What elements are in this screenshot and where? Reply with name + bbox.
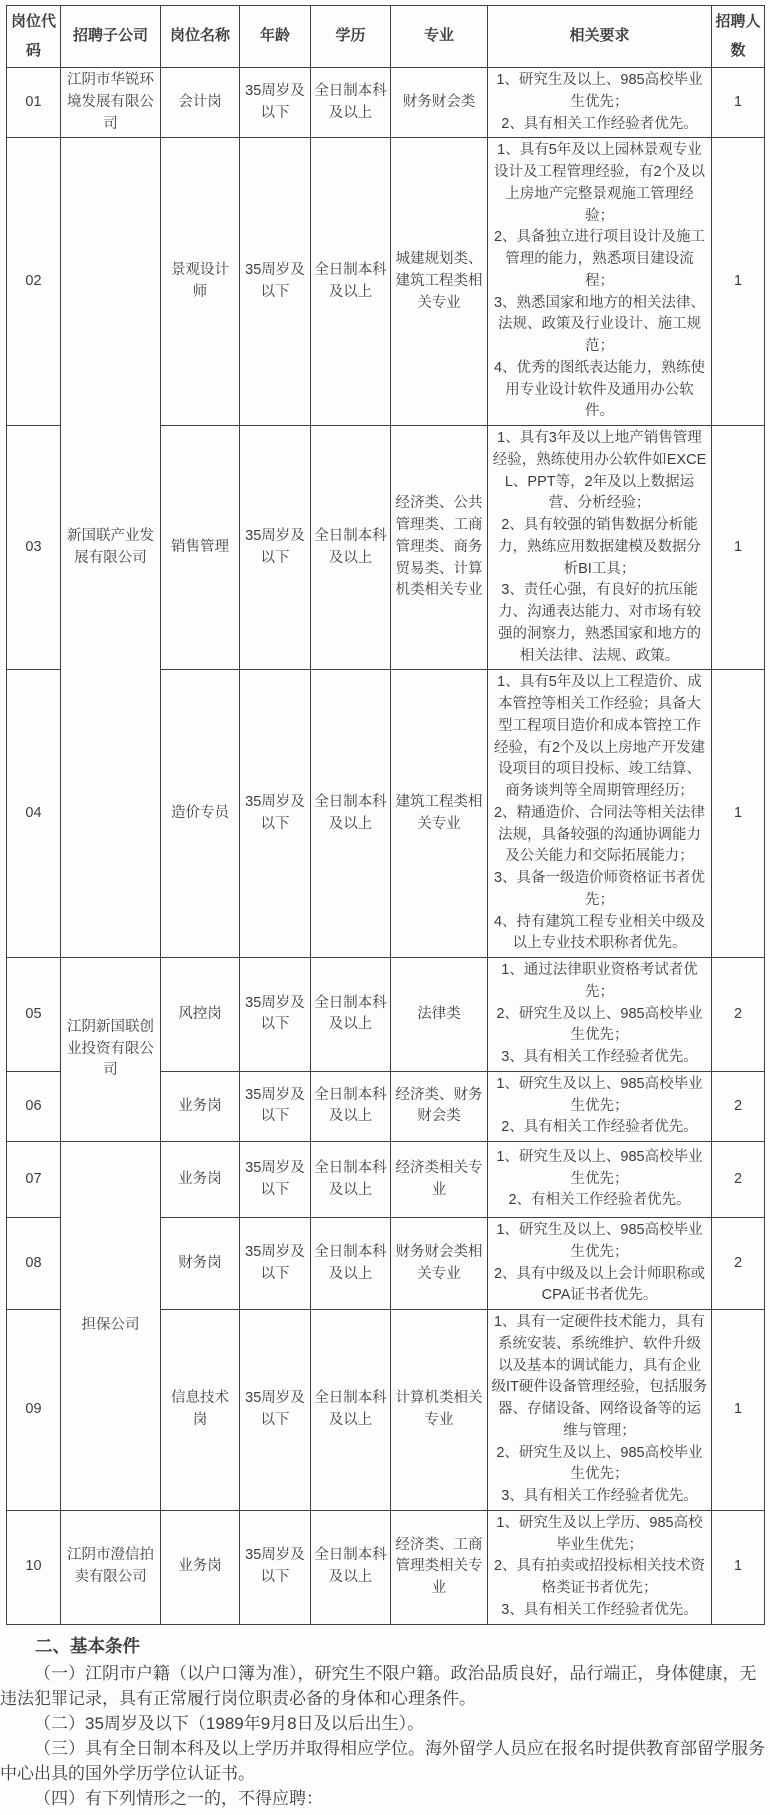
- cell-requirements: 1、具有5年及以上工程造价、成本管控等相关工作经验；具备大型工程项目造价和成本管…: [488, 670, 712, 958]
- note-paragraph-4: （四）有下列情形之一的，不得应聘：: [0, 1786, 770, 1811]
- cell-requirements: 1、研究生及以上、985高校毕业生优先； 2、有相关工作经验者优先。: [488, 1142, 712, 1218]
- cell-company: 担保公司: [61, 1142, 161, 1511]
- cell-education: 全日制本科及以上: [311, 958, 391, 1072]
- cell-major: 财务财会类: [391, 68, 488, 138]
- table-row: 05 江阴新国联创业投资有限公司 风控岗 35周岁及以下 全日制本科及以上 法律…: [7, 958, 765, 1072]
- recruitment-notice-page: 岗位代码 招聘子公司 岗位名称 年龄 学历 专业 相关要求 招聘人数 01 江阴…: [0, 0, 770, 1815]
- cell-title: 销售管理: [161, 426, 240, 670]
- cell-title: 业务岗: [161, 1071, 240, 1141]
- cell-major: 建筑工程类相关专业: [391, 670, 488, 958]
- col-header-education: 学历: [311, 6, 391, 68]
- table-header-row: 岗位代码 招聘子公司 岗位名称 年龄 学历 专业 相关要求 招聘人数: [7, 6, 765, 68]
- cell-major: 城建规划类、建筑工程类相关专业: [391, 138, 488, 426]
- cell-age: 35周岁及以下: [240, 138, 311, 426]
- cell-education: 全日制本科及以上: [311, 426, 391, 670]
- cell-code: 06: [7, 1071, 61, 1141]
- cell-title: 信息技术岗: [161, 1310, 240, 1511]
- cell-count: 2: [712, 958, 765, 1072]
- cell-code: 03: [7, 426, 61, 670]
- cell-requirements: 1、研究生及以上、985高校毕业生优先； 2、具有中级及以上会计师职称或CPA证…: [488, 1218, 712, 1310]
- col-header-count: 招聘人数: [712, 6, 765, 68]
- col-header-age: 年龄: [240, 6, 311, 68]
- position-table: 岗位代码 招聘子公司 岗位名称 年龄 学历 专业 相关要求 招聘人数 01 江阴…: [6, 5, 765, 1625]
- cell-count: 2: [712, 1218, 765, 1310]
- cell-count: 2: [712, 1071, 765, 1141]
- cell-code: 07: [7, 1142, 61, 1218]
- cell-major: 经济类、公共管理类、工商管理类、商务贸易类、计算机类相关专业: [391, 426, 488, 670]
- cell-code: 05: [7, 958, 61, 1072]
- cell-count: 1: [712, 670, 765, 958]
- cell-requirements: 1、研究生及以上、985高校毕业生优先； 2、具有相关工作经验者优先。: [488, 1071, 712, 1141]
- col-header-major: 专业: [391, 6, 488, 68]
- table-row: 01 江阴市华锐环境发展有限公司 会计岗 35周岁及以下 全日制本科及以上 财务…: [7, 68, 765, 138]
- cell-age: 35周岁及以下: [240, 670, 311, 958]
- cell-code: 09: [7, 1310, 61, 1511]
- cell-code: 02: [7, 138, 61, 426]
- cell-company: 新国联产业发展有限公司: [61, 138, 161, 958]
- col-header-title: 岗位名称: [161, 6, 240, 68]
- cell-requirements: 1、研究生及以上学历、985高校毕业生优先； 2、具有拍卖或招投标相关技术资格类…: [488, 1510, 712, 1624]
- cell-age: 35周岁及以下: [240, 1310, 311, 1511]
- cell-count: 1: [712, 68, 765, 138]
- table-row: 07 担保公司 业务岗 35周岁及以下 全日制本科及以上 经济类相关专业 1、研…: [7, 1142, 765, 1218]
- cell-company: 江阴市澄信拍卖有限公司: [61, 1510, 161, 1624]
- cell-major: 经济类、工商管理类相关专业: [391, 1510, 488, 1624]
- table-row: 10 江阴市澄信拍卖有限公司 业务岗 35周岁及以下 全日制本科及以上 经济类、…: [7, 1510, 765, 1624]
- cell-title: 造价专员: [161, 670, 240, 958]
- cell-code: 04: [7, 670, 61, 958]
- note-paragraph-1: （一）江阴市户籍（以户口簿为准），研究生不限户籍。政治品质良好，品行端正，身体健…: [0, 1661, 770, 1711]
- cell-education: 全日制本科及以上: [311, 68, 391, 138]
- cell-age: 35周岁及以下: [240, 958, 311, 1072]
- cell-education: 全日制本科及以上: [311, 1071, 391, 1141]
- cell-requirements: 1、具有3年及以上地产销售管理经验，熟练使用办公软件如EXCEL、PPT等，2年…: [488, 426, 712, 670]
- cell-title: 景观设计师: [161, 138, 240, 426]
- note-paragraph-3: （三）具有全日制本科及以上学历并取得相应学位。海外留学人员应在报名时提供教育部留…: [0, 1736, 770, 1786]
- cell-code: 08: [7, 1218, 61, 1310]
- cell-requirements: 1、具有一定硬件技术能力，具有系统安装、系统维护、软件升级以及基本的调试能力，具…: [488, 1310, 712, 1511]
- cell-age: 35周岁及以下: [240, 1510, 311, 1624]
- cell-requirements: 1、具有5年及以上园林景观专业设计及工程管理经验，有2个及以上房地产完整景观施工…: [488, 138, 712, 426]
- cell-title: 财务岗: [161, 1218, 240, 1310]
- cell-age: 35周岁及以下: [240, 1071, 311, 1141]
- section-title: 二、基本条件: [0, 1634, 770, 1659]
- col-header-company: 招聘子公司: [61, 6, 161, 68]
- cell-age: 35周岁及以下: [240, 1218, 311, 1310]
- cell-education: 全日制本科及以上: [311, 138, 391, 426]
- cell-education: 全日制本科及以上: [311, 1310, 391, 1511]
- table-row: 02 新国联产业发展有限公司 景观设计师 35周岁及以下 全日制本科及以上 城建…: [7, 138, 765, 426]
- cell-education: 全日制本科及以上: [311, 1218, 391, 1310]
- cell-count: 1: [712, 1510, 765, 1624]
- cell-code: 01: [7, 68, 61, 138]
- cell-code: 10: [7, 1510, 61, 1624]
- cell-title: 业务岗: [161, 1510, 240, 1624]
- cell-major: 财务财会类相关专业: [391, 1218, 488, 1310]
- col-header-code: 岗位代码: [7, 6, 61, 68]
- cell-count: 1: [712, 426, 765, 670]
- cell-major: 经济类、财务财会类: [391, 1071, 488, 1141]
- cell-company: 江阴新国联创业投资有限公司: [61, 958, 161, 1142]
- cell-requirements: 1、研究生及以上、985高校毕业生优先； 2、具有相关工作经验者优先。: [488, 68, 712, 138]
- cell-education: 全日制本科及以上: [311, 670, 391, 958]
- cell-major: 经济类相关专业: [391, 1142, 488, 1218]
- cell-major: 计算机类相关专业: [391, 1310, 488, 1511]
- col-header-requirements: 相关要求: [488, 6, 712, 68]
- cell-major: 法律类: [391, 958, 488, 1072]
- cell-company: 江阴市华锐环境发展有限公司: [61, 68, 161, 138]
- note-paragraph-2: （二）35周岁及以下（1989年9月8日及以后出生）。: [0, 1711, 770, 1736]
- cell-age: 35周岁及以下: [240, 426, 311, 670]
- cell-title: 风控岗: [161, 958, 240, 1072]
- cell-age: 35周岁及以下: [240, 68, 311, 138]
- cell-count: 1: [712, 1310, 765, 1511]
- cell-education: 全日制本科及以上: [311, 1142, 391, 1218]
- cell-count: 1: [712, 138, 765, 426]
- cell-count: 2: [712, 1142, 765, 1218]
- cell-education: 全日制本科及以上: [311, 1510, 391, 1624]
- cell-requirements: 1、通过法律职业资格考试者优先； 2、研究生及以上、985高校毕业生优先； 3、…: [488, 958, 712, 1072]
- cell-title: 会计岗: [161, 68, 240, 138]
- cell-age: 35周岁及以下: [240, 1142, 311, 1218]
- cell-title: 业务岗: [161, 1142, 240, 1218]
- basic-conditions-section: 二、基本条件 （一）江阴市户籍（以户口簿为准），研究生不限户籍。政治品质良好，品…: [0, 1634, 770, 1811]
